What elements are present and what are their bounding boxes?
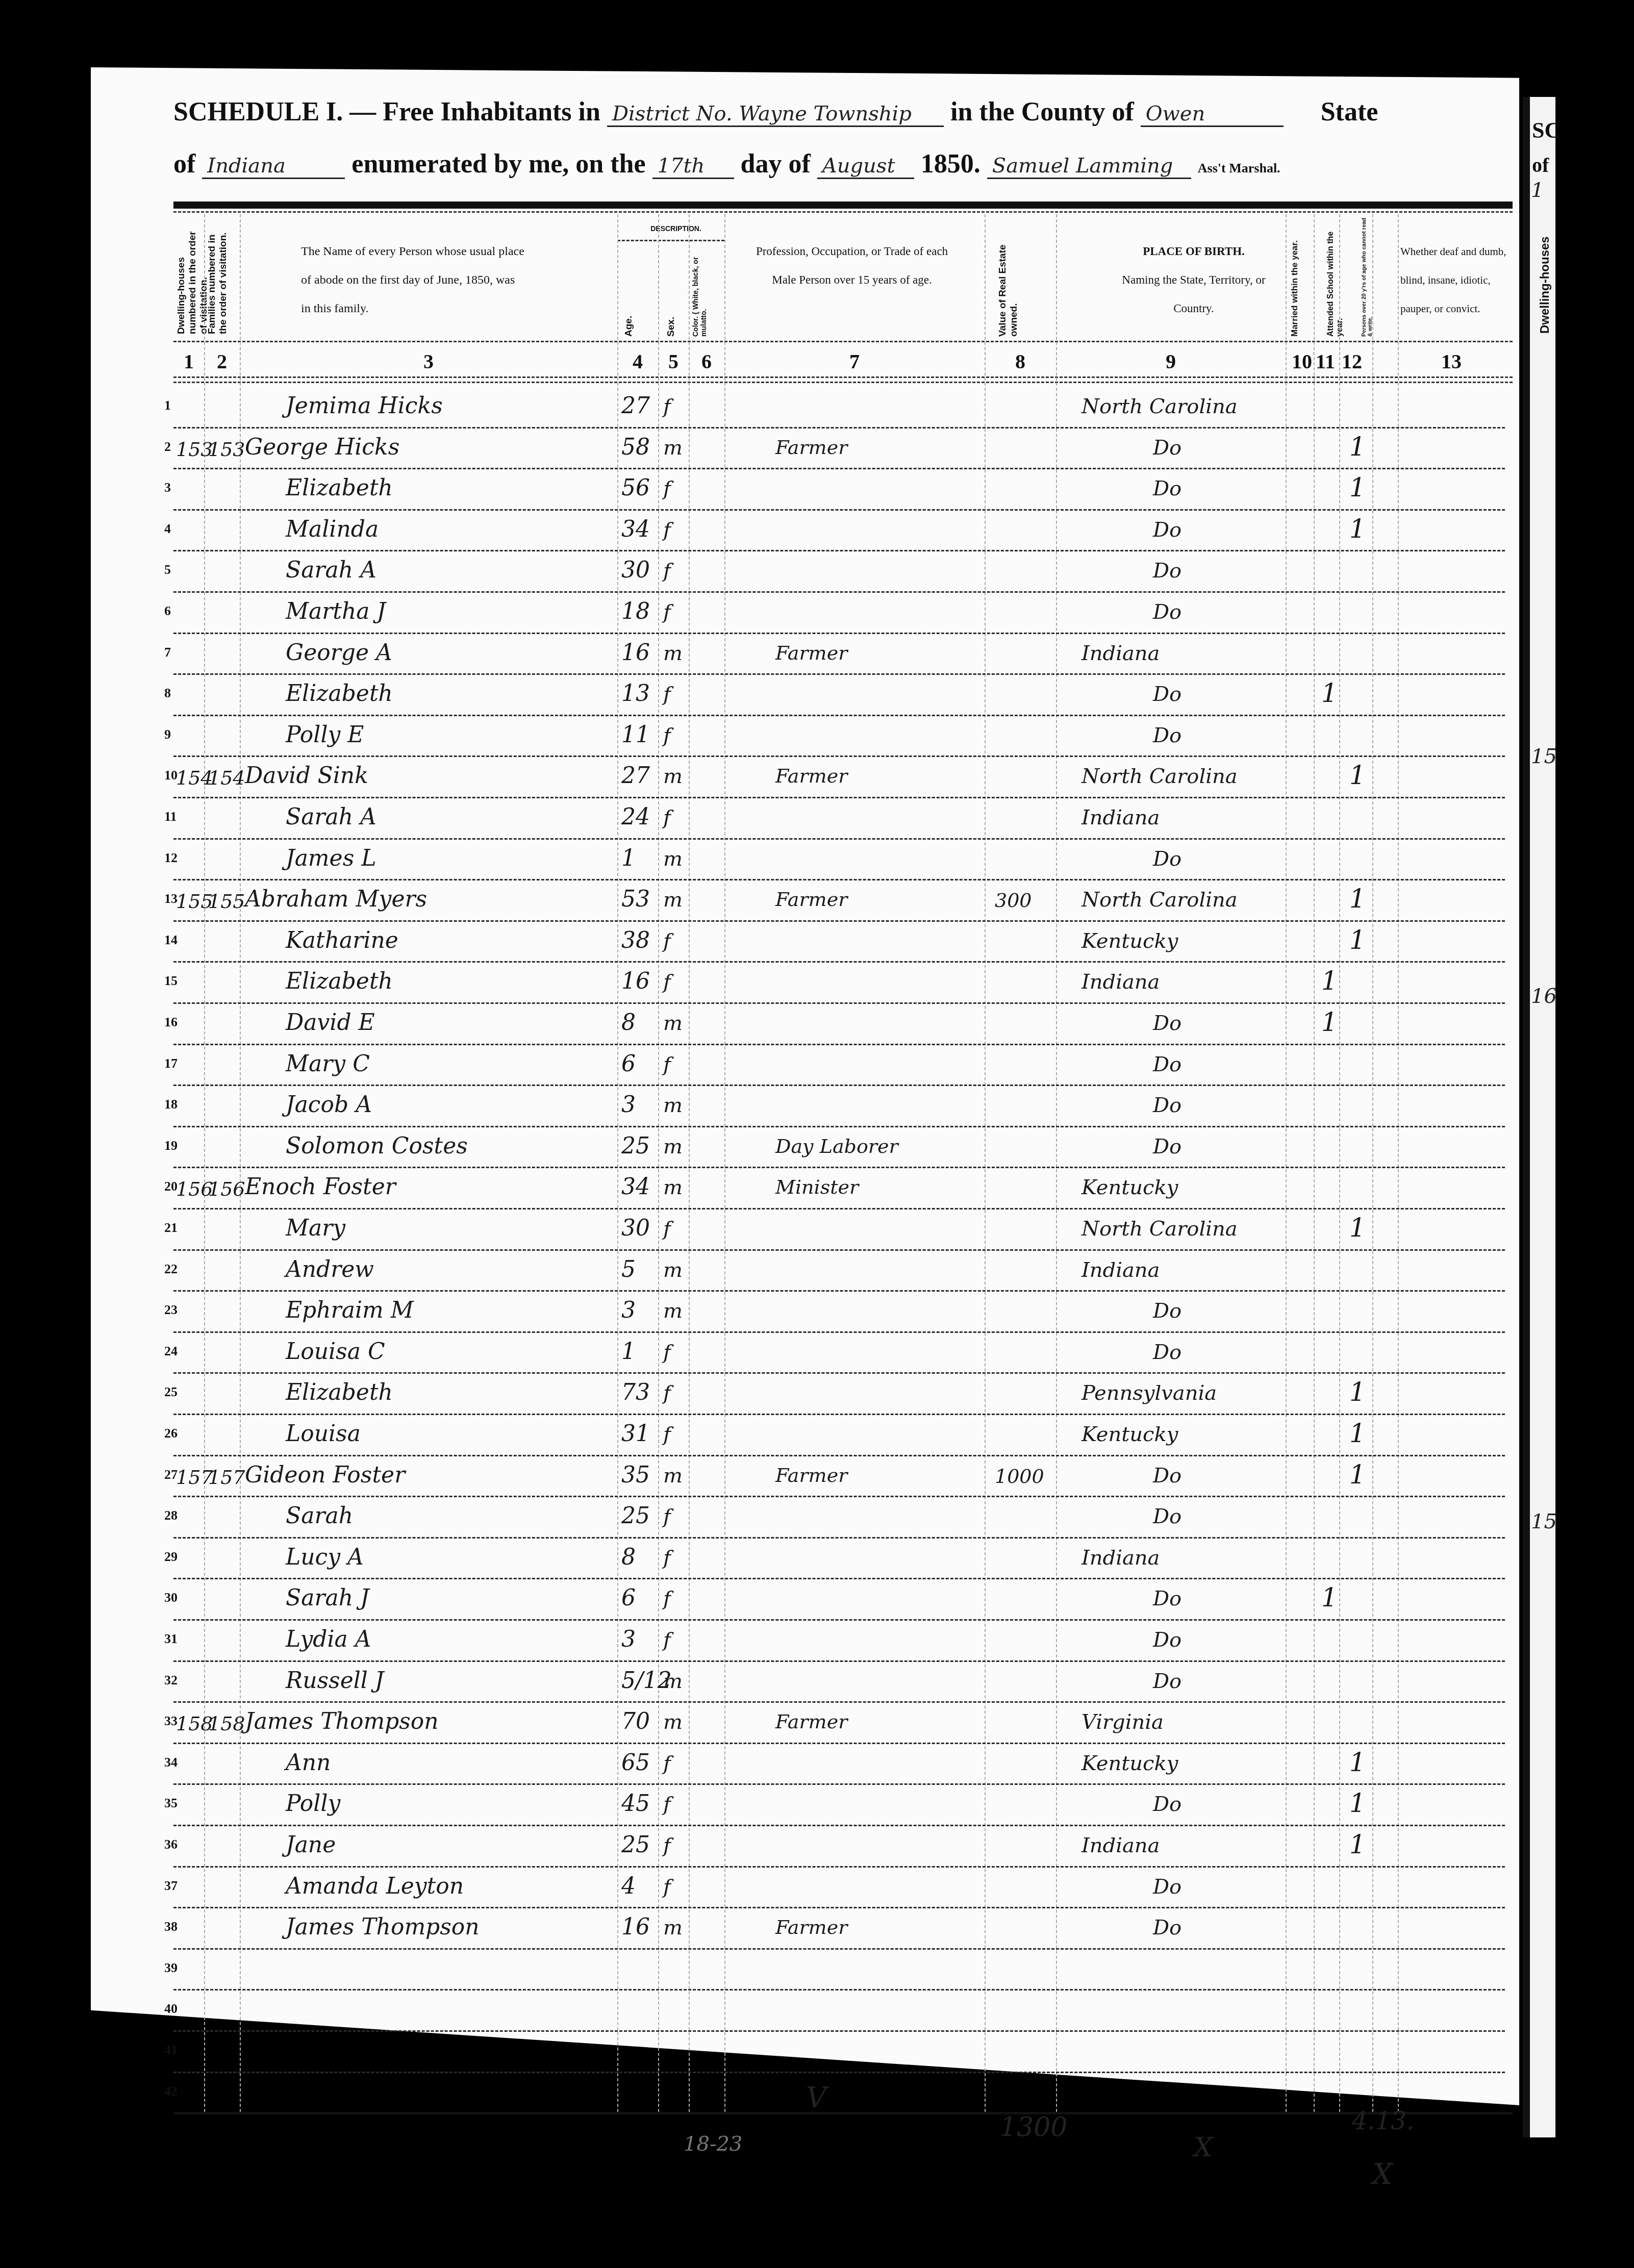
dwelling-number: 158 — [176, 1712, 213, 1735]
adjacent-row-mark: 15 — [1531, 745, 1557, 768]
column-numbers-rule — [173, 376, 1513, 378]
row-rule — [173, 1372, 1505, 1374]
of-label: of — [173, 149, 195, 179]
person-name: David Sink — [245, 763, 368, 789]
row-rule — [173, 673, 1505, 675]
row-rule — [173, 1907, 1505, 1908]
row-number: 22 — [164, 1262, 178, 1277]
age: 16 — [621, 640, 650, 666]
cannot-read-write-mark: 1 — [1349, 925, 1366, 955]
row-rule — [173, 1537, 1505, 1539]
row-rule — [173, 755, 1505, 757]
birthplace: Virginia — [1082, 1710, 1164, 1734]
row-rule — [173, 1208, 1505, 1209]
sex: m — [663, 1299, 683, 1323]
person-name: Jacob A — [286, 1092, 372, 1118]
cannot-read-write-mark: 1 — [1349, 514, 1366, 544]
person-name: Elizabeth — [286, 1379, 393, 1405]
person-name: Elizabeth — [286, 681, 393, 707]
row-rule — [173, 961, 1505, 963]
person-name: Louisa — [286, 1421, 361, 1447]
month-field: August — [817, 154, 914, 179]
age: 27 — [621, 393, 650, 419]
age: 70 — [621, 1708, 650, 1734]
dwelling-number: 154 — [176, 767, 213, 789]
row-rule — [173, 633, 1505, 634]
birthplace: Do — [1153, 1464, 1181, 1488]
column-divider — [1398, 214, 1399, 2112]
row-number: 41 — [164, 2043, 178, 2058]
col8-header: Value of Real Estate owned. — [997, 214, 1018, 337]
row-rule — [173, 1126, 1505, 1127]
age: 3 — [621, 1297, 636, 1323]
occupation: Farmer — [775, 642, 847, 664]
column-numbers-rule-2 — [173, 382, 1513, 383]
district-field: District No. Wayne Township — [607, 102, 944, 127]
sex: m — [663, 1094, 683, 1117]
row-rule — [173, 591, 1505, 593]
enumeration-line: of Indiana enumerated by me, on the 17th… — [173, 149, 1280, 179]
age: 8 — [621, 1544, 636, 1570]
dwelling-number: 155 — [176, 890, 213, 913]
col11-header: Attended School within the year. — [1326, 214, 1357, 337]
age: 58 — [621, 434, 650, 460]
birthplace: Do — [1153, 1505, 1181, 1528]
description-header: DESCRIPTION. — [633, 224, 719, 233]
person-name: George A — [286, 640, 392, 666]
real-estate-value: 300 — [995, 889, 1032, 912]
person-name: Gideon Foster — [245, 1462, 405, 1488]
row-rule — [173, 920, 1505, 922]
sex: f — [663, 1053, 671, 1076]
schedule-title-line: SCHEDULE I. — Free Inhabitants in Distri… — [173, 97, 1378, 127]
birthplace: Do — [1153, 1628, 1181, 1652]
col4-header: Age. — [623, 306, 635, 337]
family-number: 154 — [208, 767, 245, 789]
row-rule — [173, 1249, 1505, 1251]
person-name: Jane — [286, 1832, 336, 1858]
table-top-rule — [173, 211, 1513, 213]
sex: f — [663, 1587, 671, 1610]
age: 3 — [621, 1092, 636, 1118]
age: 56 — [621, 475, 650, 501]
birthplace: Do — [1153, 1299, 1181, 1323]
birthplace: North Carolina — [1082, 395, 1238, 418]
occupation: Farmer — [775, 1464, 847, 1486]
row-number: 17 — [164, 1056, 178, 1071]
day-of-label: day of — [741, 149, 811, 179]
sex: f — [663, 970, 671, 994]
person-name: Mary C — [286, 1051, 370, 1077]
row-rule — [173, 1002, 1505, 1004]
cannot-read-write-mark: 1 — [1349, 473, 1366, 502]
row-number: 24 — [164, 1344, 178, 1359]
row-number: 3 — [164, 480, 171, 495]
sex: f — [663, 518, 671, 542]
row-number: 36 — [164, 1837, 178, 1852]
free-inhabitants-label: — Free Inhabitants in — [349, 97, 600, 127]
header-bottom-rule — [173, 341, 1513, 342]
sex: m — [663, 765, 683, 788]
birthplace: Kentucky — [1082, 1752, 1178, 1775]
birthplace: Do — [1153, 1793, 1181, 1816]
sex: f — [663, 683, 671, 706]
column-divider — [658, 214, 659, 2112]
birthplace: Do — [1153, 683, 1181, 706]
row-rule — [173, 1743, 1505, 1744]
person-name: Andrew — [286, 1256, 374, 1282]
col2-header: Families numbered in the order of visita… — [207, 224, 237, 334]
age: 25 — [621, 1133, 650, 1159]
state-label: State — [1321, 97, 1378, 127]
row-number: 14 — [164, 933, 178, 948]
row-number: 8 — [164, 686, 171, 701]
cannot-read-write-mark: 1 — [1349, 761, 1366, 790]
day-field: 17th — [652, 154, 734, 179]
person-name: Ann — [286, 1750, 331, 1776]
occupation: Minister — [775, 1176, 859, 1198]
column-divider — [204, 214, 205, 2112]
sex: m — [663, 1464, 683, 1488]
sex: f — [663, 1875, 671, 1899]
sex: m — [663, 1710, 683, 1734]
column-divider — [1056, 214, 1057, 2112]
footer-tally: 4.13. — [1352, 2107, 1414, 2135]
col3-header: The Name of every Person whose usual pla… — [301, 237, 525, 323]
enumerated-label: enumerated by me, on the — [351, 149, 645, 179]
person-name: Martha J — [286, 598, 386, 624]
occupation: Farmer — [775, 1916, 847, 1938]
row-rule — [173, 509, 1505, 511]
sex: m — [663, 1176, 683, 1199]
row-number: 40 — [164, 2001, 178, 2017]
footer-age-tally: 18-23 — [684, 2132, 742, 2156]
birthplace: Do — [1153, 1875, 1181, 1899]
row-rule — [173, 1783, 1505, 1785]
sex: f — [663, 724, 671, 747]
family-number: 158 — [208, 1712, 245, 1735]
sex: m — [663, 1258, 683, 1282]
footer-x-mark-2: X — [1372, 2158, 1393, 2191]
column-divider — [724, 214, 725, 2112]
row-number: 35 — [164, 1796, 178, 1811]
column-divider — [617, 214, 618, 2112]
birthplace: Do — [1153, 1587, 1181, 1610]
sex: f — [663, 1423, 671, 1446]
age: 24 — [621, 804, 650, 830]
row-rule — [173, 1948, 1505, 1950]
occupation: Farmer — [775, 436, 847, 459]
row-rule — [173, 1085, 1505, 1086]
sex: f — [663, 1834, 671, 1857]
age: 38 — [621, 927, 650, 953]
sex: f — [663, 395, 671, 418]
column-number: 8 — [1008, 349, 1033, 373]
column-number: 3 — [416, 349, 441, 373]
occupation: Farmer — [775, 765, 847, 787]
row-rule — [173, 550, 1505, 551]
sex: f — [663, 929, 671, 953]
row-number: 6 — [164, 603, 171, 619]
person-name: Sarah A — [286, 804, 376, 830]
person-name: Polly E — [286, 722, 364, 748]
birthplace: Kentucky — [1082, 1176, 1178, 1199]
adjacent-of-fragment: of — [1532, 153, 1549, 177]
marshal-name-field: Samuel Lamming — [987, 154, 1191, 179]
birthplace: Indiana — [1082, 1546, 1160, 1570]
row-number: 23 — [164, 1302, 178, 1318]
sex: f — [663, 477, 671, 500]
birthplace: North Carolina — [1082, 1217, 1238, 1241]
column-number: 9 — [1158, 349, 1184, 373]
row-number: 42 — [164, 2084, 178, 2099]
person-name: Solomon Costes — [286, 1133, 468, 1159]
dwelling-number: 156 — [176, 1178, 213, 1200]
birthplace: Do — [1153, 1670, 1181, 1693]
footer-x-mark: X — [1194, 2132, 1213, 2163]
row-number: 11 — [164, 809, 177, 824]
family-number: 156 — [208, 1178, 245, 1200]
person-name: Lydia A — [286, 1626, 371, 1652]
person-name: James L — [286, 845, 376, 871]
row-rule — [173, 1619, 1505, 1621]
column-number: 1 — [176, 349, 202, 373]
col12-header: Persons over 20 y'rs of age who cannot r… — [1361, 214, 1392, 337]
row-number: 39 — [164, 1960, 178, 1976]
row-number: 25 — [164, 1384, 178, 1400]
birthplace: North Carolina — [1082, 765, 1238, 788]
birthplace: Kentucky — [1082, 1423, 1178, 1446]
row-number: 9 — [164, 727, 171, 742]
sex: m — [663, 1670, 683, 1693]
age: 35 — [621, 1462, 650, 1488]
cannot-read-write-mark: 1 — [1349, 884, 1366, 914]
person-name: Louisa C — [286, 1339, 385, 1365]
person-name: Enoch Foster — [245, 1174, 396, 1200]
sex: m — [663, 436, 683, 460]
column-number: 10 — [1289, 349, 1315, 373]
census-page — [91, 67, 1519, 2179]
birthplace: Do — [1153, 518, 1181, 542]
person-name: David E — [286, 1010, 375, 1036]
person-name: James Thompson — [286, 1914, 480, 1940]
person-name: Elizabeth — [286, 475, 393, 501]
col5-header: Sex. — [666, 306, 677, 337]
row-rule — [173, 797, 1505, 798]
age: 5 — [621, 1256, 636, 1282]
row-rule — [173, 1290, 1505, 1292]
age: 45 — [621, 1791, 650, 1817]
description-rule — [617, 240, 724, 241]
sex: f — [663, 1217, 671, 1241]
birthplace: Do — [1153, 436, 1181, 460]
person-name: Ephraim M — [286, 1297, 414, 1323]
footer-check-mark: V — [806, 2081, 826, 2114]
row-rule — [173, 1989, 1505, 1990]
cannot-read-write-mark: 1 — [1349, 1213, 1366, 1243]
row-rule — [173, 1825, 1505, 1826]
row-number: 1 — [164, 398, 171, 413]
row-rule — [173, 1167, 1505, 1168]
col10-header: Married within the year. — [1290, 214, 1320, 337]
birthplace: Do — [1153, 1094, 1181, 1117]
birthplace: Do — [1153, 477, 1181, 500]
column-divider — [1286, 214, 1287, 2112]
attended-school-mark: 1 — [1321, 1007, 1338, 1037]
column-divider — [1339, 214, 1340, 2112]
row-number: 31 — [164, 1631, 178, 1647]
person-name: Polly — [286, 1791, 340, 1817]
age: 8 — [621, 1010, 636, 1036]
county-field: Owen — [1141, 102, 1284, 127]
row-rule — [173, 427, 1505, 429]
cannot-read-write-mark: 1 — [1349, 1377, 1366, 1407]
occupation: Farmer — [775, 888, 847, 911]
column-number: 12 — [1339, 349, 1365, 373]
row-number: 29 — [164, 1549, 178, 1565]
col9-title: PLACE OF BIRTH. — [1112, 237, 1275, 266]
asst-marshal-label: Ass't Marshal. — [1198, 161, 1280, 175]
sex: f — [663, 1341, 671, 1364]
state-field: Indiana — [202, 154, 345, 179]
column-number: 6 — [694, 349, 719, 373]
age: 65 — [621, 1750, 650, 1776]
attended-school-mark: 1 — [1321, 1583, 1338, 1612]
adjacent-column-header: Dwelling-houses — [1538, 262, 1552, 334]
dwelling-number: 153 — [176, 438, 213, 461]
row-rule — [173, 1044, 1505, 1045]
year-label: 1850. — [921, 149, 981, 179]
person-name: Malinda — [286, 516, 379, 542]
row-number: 4 — [164, 521, 171, 537]
sex: f — [663, 806, 671, 829]
column-divider — [985, 214, 986, 2112]
age: 34 — [621, 516, 650, 542]
sex: m — [663, 1012, 683, 1035]
column-divider — [1372, 214, 1373, 2112]
cannot-read-write-mark: 1 — [1349, 1419, 1366, 1448]
adjacent-row-mark: 16 — [1531, 985, 1557, 1008]
row-number: 16 — [164, 1015, 178, 1030]
person-name: Amanda Leyton — [286, 1873, 464, 1899]
person-name: Sarah J — [286, 1585, 369, 1611]
cannot-read-write-mark: 1 — [1349, 1460, 1366, 1490]
column-number: 7 — [842, 349, 867, 373]
col9-header: PLACE OF BIRTH. Naming the State, Territ… — [1112, 237, 1275, 323]
row-rule — [173, 2030, 1505, 2032]
row-rule — [173, 1578, 1505, 1579]
birthplace: Indiana — [1082, 806, 1160, 829]
age: 1 — [621, 1339, 636, 1365]
age: 16 — [621, 1914, 650, 1940]
col7-header: Profession, Occupation, or Trade of each… — [745, 237, 959, 294]
sex: f — [663, 600, 671, 624]
family-number: 153 — [208, 438, 245, 461]
age: 53 — [621, 886, 650, 912]
row-rule — [173, 1701, 1505, 1703]
age: 3 — [621, 1626, 636, 1652]
row-rule — [173, 715, 1505, 716]
sex: f — [663, 559, 671, 583]
sex: m — [663, 642, 683, 665]
adjacent-row-mark: 1 — [1531, 179, 1544, 202]
person-name: Sarah — [286, 1503, 353, 1529]
birthplace: Do — [1153, 1053, 1181, 1076]
table-bottom-border — [173, 2112, 1513, 2114]
cannot-read-write-mark: 1 — [1349, 1748, 1366, 1777]
table-top-border — [173, 201, 1513, 209]
person-name: Mary — [286, 1215, 345, 1241]
county-label: in the County of — [950, 97, 1134, 127]
sex: m — [663, 847, 683, 871]
sex: f — [663, 1628, 671, 1652]
row-number: 38 — [164, 1919, 178, 1934]
person-name: George Hicks — [245, 434, 399, 460]
age: 11 — [621, 722, 650, 748]
row-rule — [173, 468, 1505, 469]
attended-school-mark: 1 — [1321, 966, 1338, 996]
person-name: Russell J — [286, 1668, 384, 1694]
age: 18 — [621, 598, 650, 624]
footer-real-estate-total: 1300 — [1000, 2112, 1067, 2143]
birthplace: Kentucky — [1082, 929, 1178, 953]
birthplace: Indiana — [1082, 642, 1160, 665]
row-number: 26 — [164, 1426, 178, 1441]
row-number: 2 — [164, 439, 171, 455]
person-name: James Thompson — [245, 1708, 439, 1734]
sex: f — [663, 1752, 671, 1775]
age: 25 — [621, 1503, 650, 1529]
age: 31 — [621, 1421, 650, 1447]
birthplace: Do — [1153, 724, 1181, 747]
sex: m — [663, 1135, 683, 1158]
age: 73 — [621, 1379, 650, 1405]
age: 6 — [621, 1051, 636, 1077]
family-number: 157 — [208, 1466, 245, 1489]
schedule-label: SCHEDULE I. — [173, 97, 343, 127]
age: 1 — [621, 845, 636, 871]
age: 16 — [621, 968, 650, 994]
row-rule — [173, 1660, 1505, 1662]
person-name: Abraham Myers — [245, 886, 427, 912]
birthplace: Indiana — [1082, 1258, 1160, 1282]
column-number: 4 — [625, 349, 650, 373]
age: 30 — [621, 557, 650, 583]
row-rule — [173, 2072, 1505, 2073]
person-name: Elizabeth — [286, 968, 393, 994]
sex: f — [663, 1546, 671, 1570]
sex: m — [663, 1916, 683, 1939]
row-number: 30 — [164, 1590, 178, 1605]
sex: f — [663, 1381, 671, 1405]
column-number: 13 — [1439, 349, 1464, 373]
occupation: Day Laborer — [775, 1135, 898, 1157]
row-rule — [173, 1455, 1505, 1456]
row-number: 37 — [164, 1878, 178, 1894]
row-number: 32 — [164, 1673, 178, 1688]
birthplace: Do — [1153, 1916, 1181, 1939]
row-number: 5 — [164, 562, 171, 577]
birthplace: Indiana — [1082, 970, 1160, 994]
age: 30 — [621, 1215, 650, 1241]
birthplace: Do — [1153, 600, 1181, 624]
age: 34 — [621, 1174, 650, 1200]
person-name: Katharine — [286, 927, 398, 953]
person-name: Jemima Hicks — [286, 393, 443, 419]
sex: f — [663, 1505, 671, 1528]
age: 27 — [621, 763, 650, 789]
row-rule — [173, 838, 1505, 840]
